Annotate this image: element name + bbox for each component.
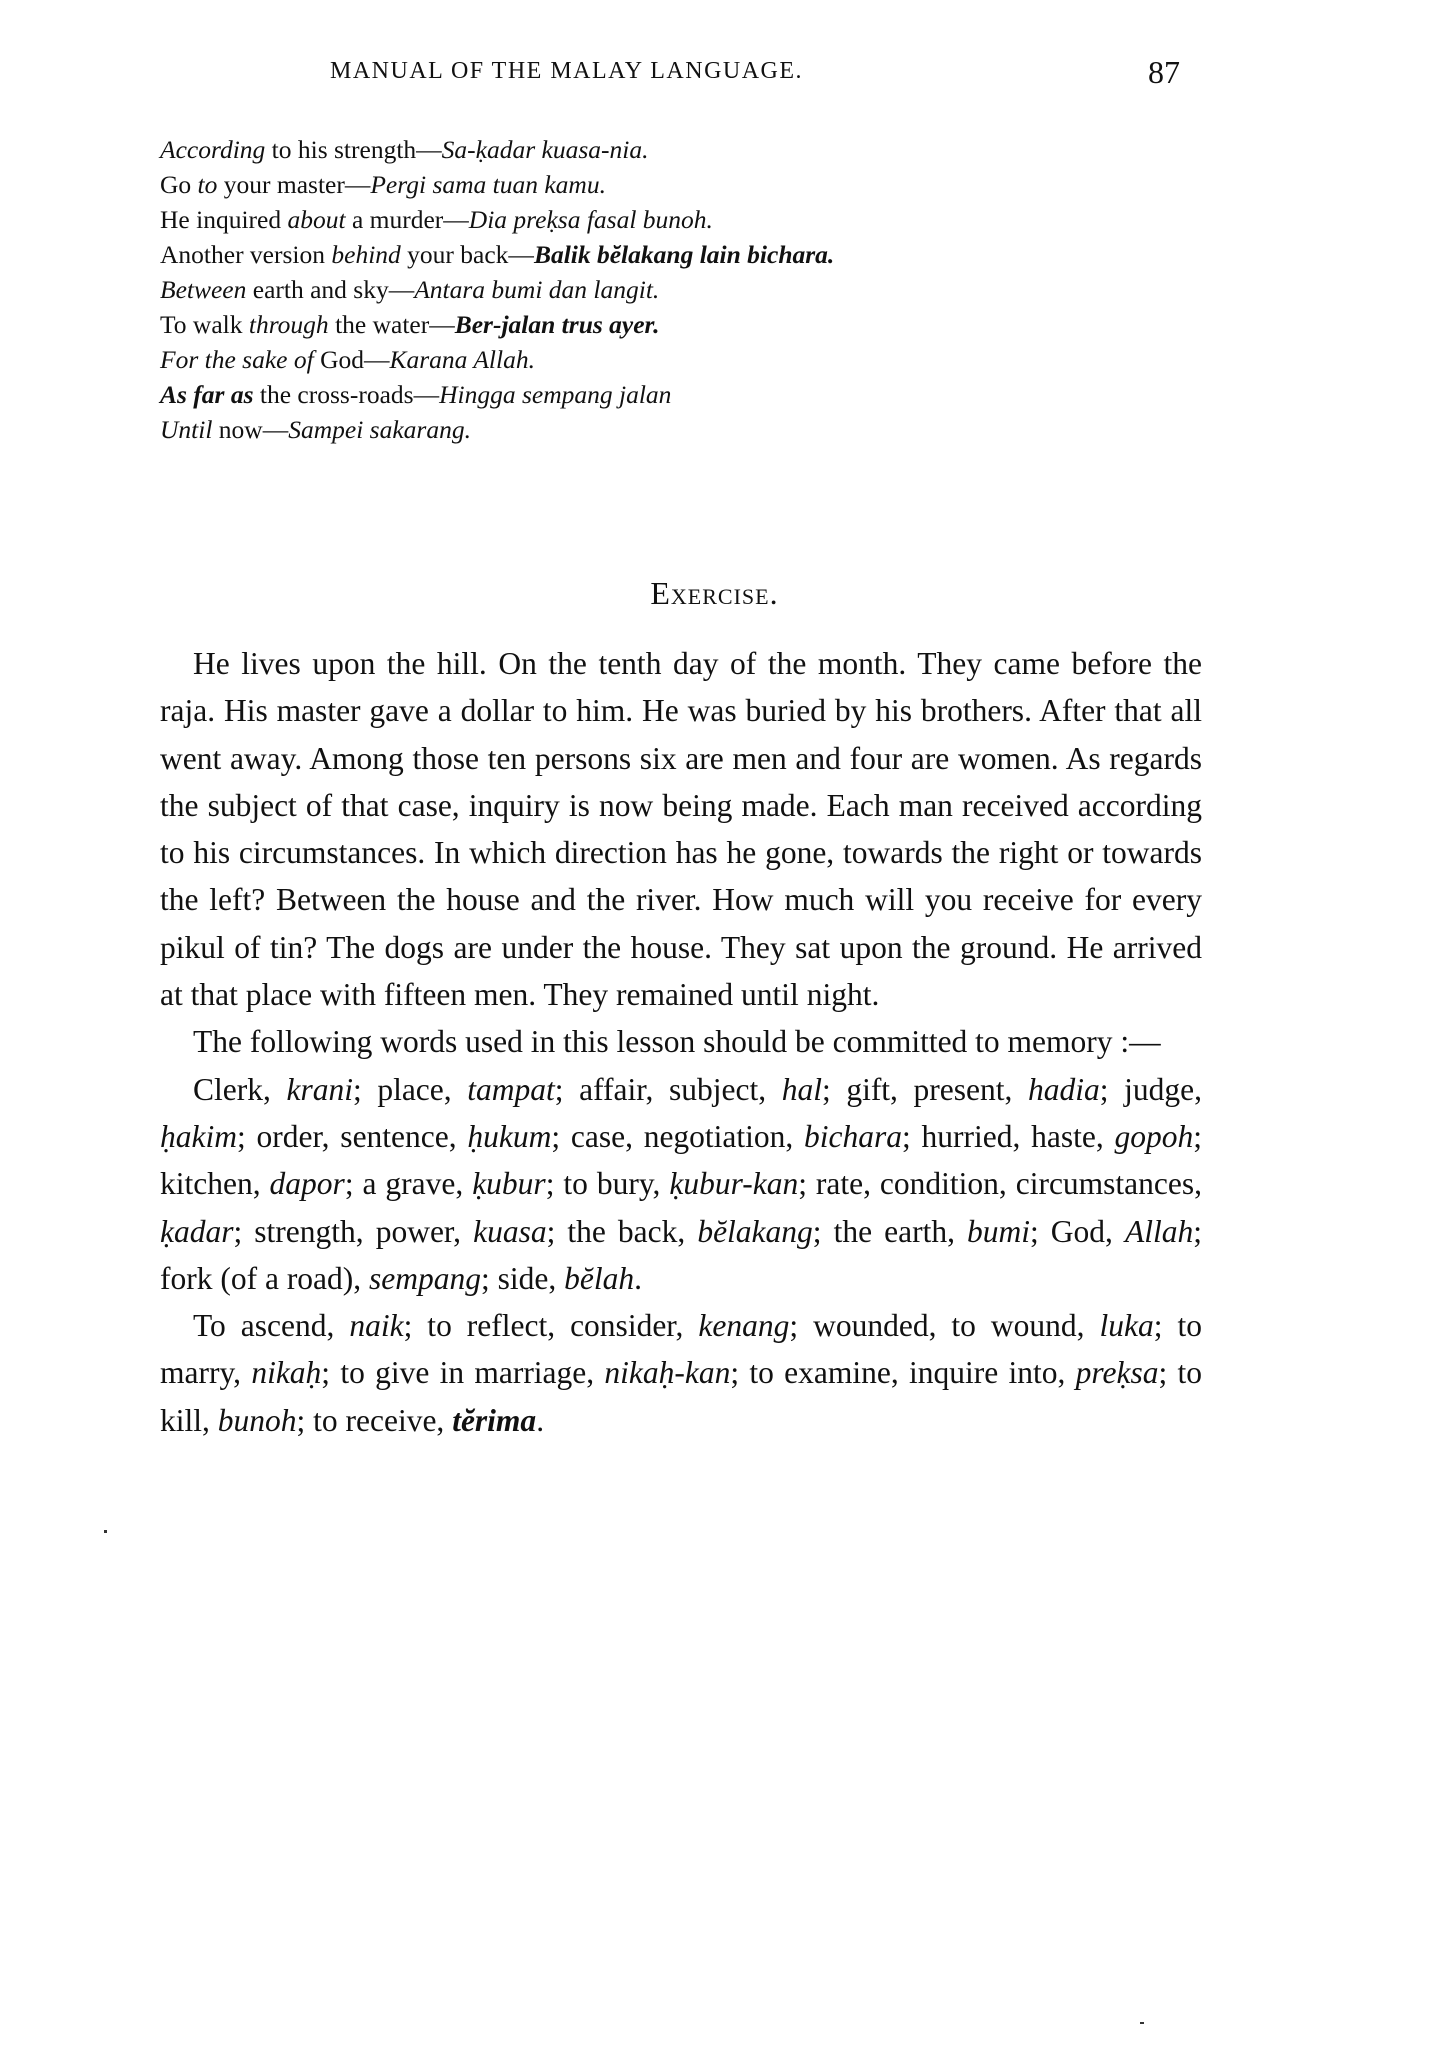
example-line: Between earth and sky—Antara bumi dan la…: [160, 272, 1200, 307]
example-line: As far as the cross-roads—Hingga sempang…: [160, 377, 1200, 412]
example-line: For the sake of God—Karana Allah.: [160, 342, 1200, 377]
page-number: 87: [1148, 54, 1180, 91]
book-page: Manual of the Malay Language. 87 Accordi…: [0, 0, 1429, 2052]
print-speck: [1140, 2022, 1144, 2024]
exercise-heading: Exercise.: [0, 575, 1429, 612]
vocabulary-list-2: To ascend, naik; to reflect, consider, k…: [160, 1302, 1202, 1444]
example-line: Another version behind your back—Balik b…: [160, 237, 1200, 272]
example-line: According to his strength—Sa-ḳadar kuasa…: [160, 132, 1200, 167]
print-speck: [104, 1530, 107, 1533]
example-line: To walk through the water—Ber-jalan trus…: [160, 307, 1200, 342]
exercise-paragraph: He lives upon the hill. On the tenth day…: [160, 640, 1202, 1018]
exercise-body: He lives upon the hill. On the tenth day…: [160, 640, 1202, 1444]
example-line: He inquired about a murder—Dia preḳsa fa…: [160, 202, 1200, 237]
example-line: Until now—Sampei sakarang.: [160, 412, 1200, 447]
running-title: Manual of the Malay Language.: [330, 58, 803, 85]
vocabulary-intro: The following words used in this lesson …: [160, 1018, 1202, 1065]
example-line: Go to your master—Pergi sama tuan kamu.: [160, 167, 1200, 202]
example-phrases: According to his strength—Sa-ḳadar kuasa…: [160, 132, 1200, 447]
page-header: Manual of the Malay Language. 87: [0, 58, 1429, 98]
vocabulary-list-1: Clerk, krani; place, tampat; affair, sub…: [160, 1066, 1202, 1302]
